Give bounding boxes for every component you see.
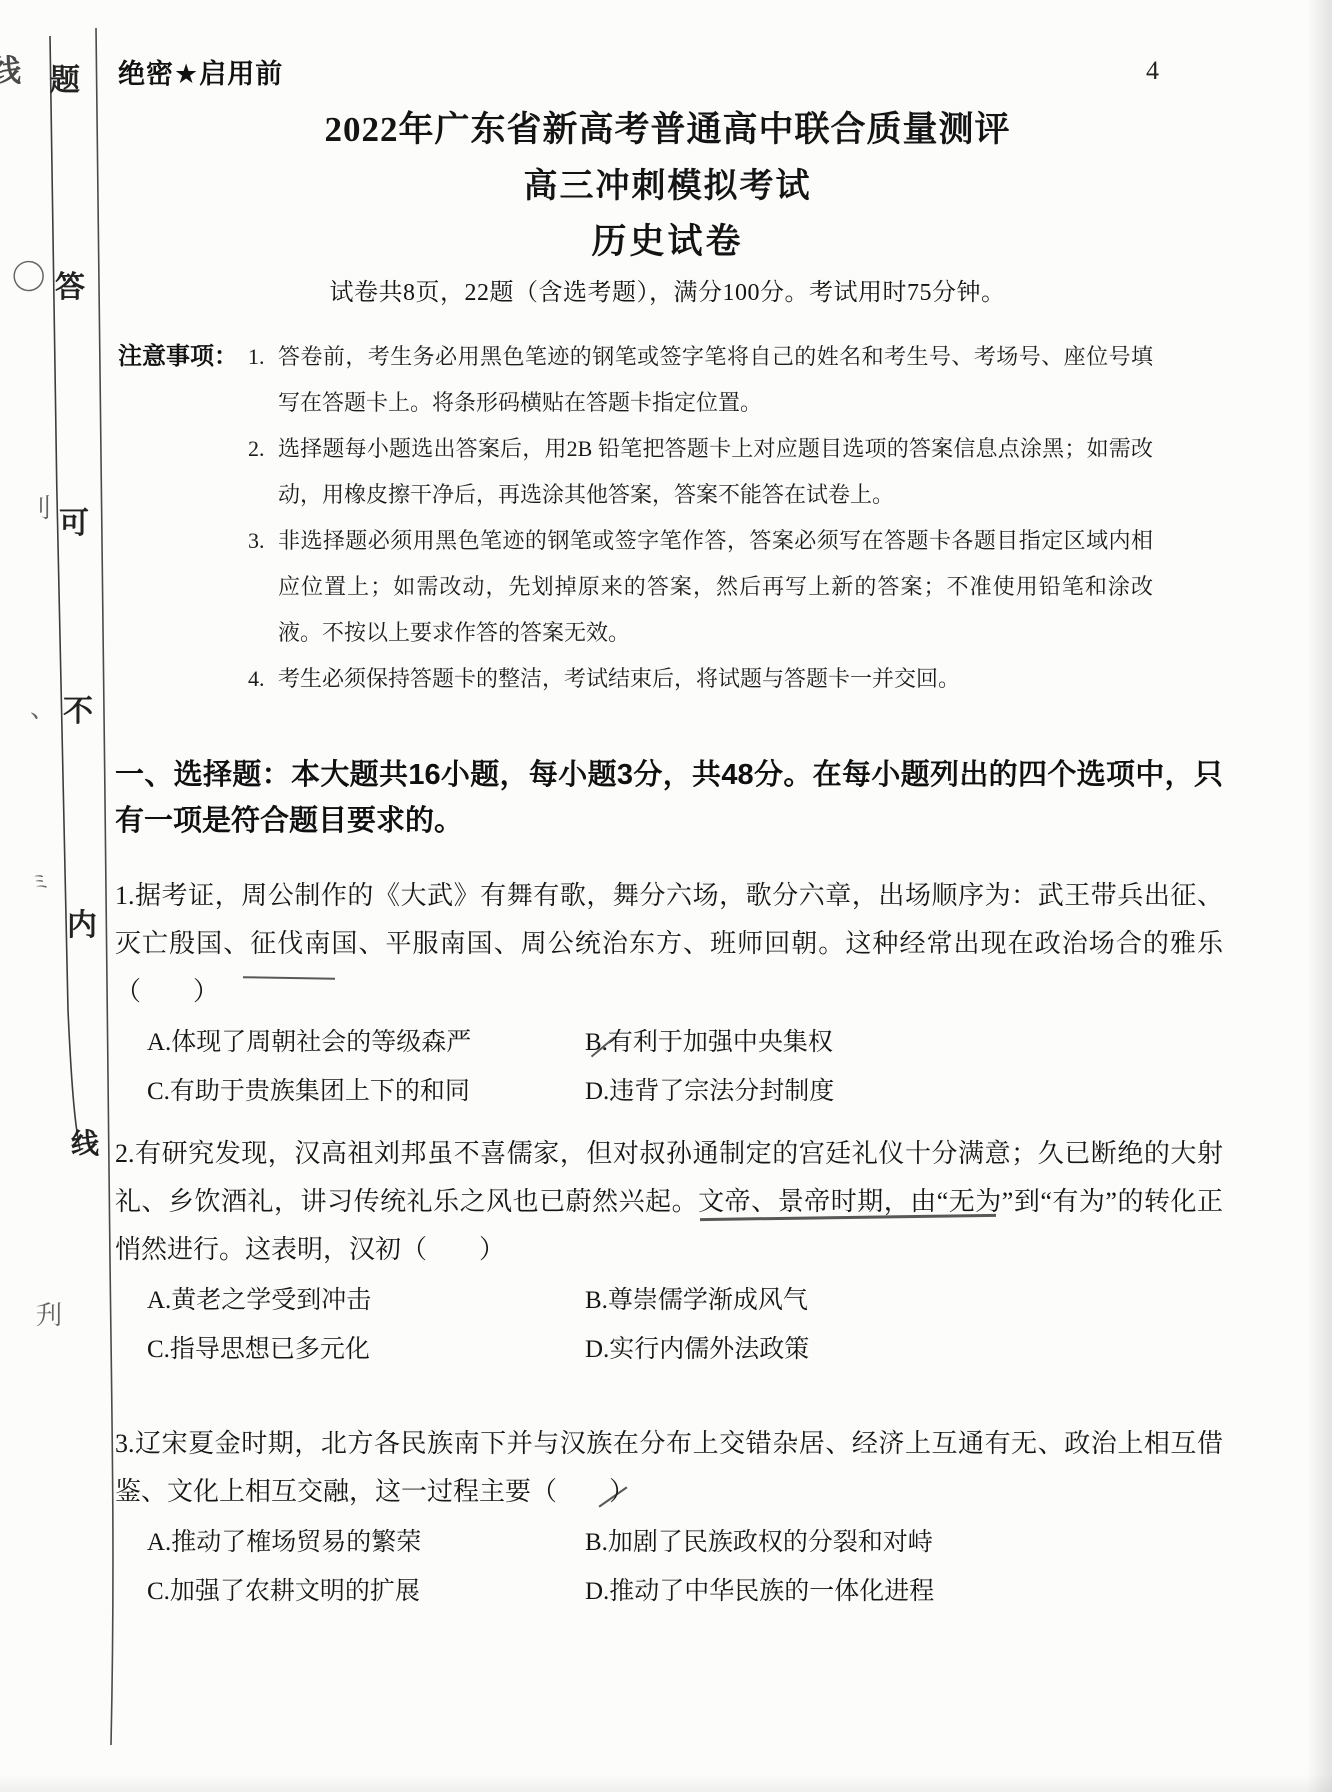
section-heading: 一、选择题：本大题共16小题，每小题3分，共48分。在每小题列出的四个选项中，只… [115,752,1223,844]
notice-item-text: 答卷前，考生务必用黑色笔迹的钢笔或签字笔将自己的姓名和考生号、考场号、座位号填写… [278,334,1153,426]
question-2-stem: 2.有研究发现，汉高祖刘邦虽不喜儒家，但对叔孙通制定的宫廷礼仪十分满意；久已断绝… [115,1130,1223,1274]
notice-items: 1. 答卷前，考生务必用黑色笔迹的钢笔或签字笔将自己的姓名和考生号、考场号、座位… [248,334,1153,702]
notice-item-4: 4. 考生必须保持答题卡的整洁，考试结束后，将试题与答题卡一并交回。 [248,656,1153,702]
notice-section: 注意事项： 1. 答卷前，考生务必用黑色笔迹的钢笔或签字笔将自己的姓名和考生号、… [118,334,1178,702]
margin-char-bu: 不 [63,686,93,730]
notice-item-number: 2. [248,426,278,518]
margin-char-nei: 内 [67,900,97,944]
margin-char-da: 答 [55,262,85,306]
margin-faint-mark: 、 [30,688,56,725]
margin-faint-mark: 刋 [36,1295,62,1332]
binding-outer-line [96,28,113,1745]
question-1-options: A.体现了周朝社会的等级森严 B.有利于加强中央集权 C.有助于贵族集团上下的和… [147,1018,1223,1116]
notice-item-2: 2. 选择题每小题选出答案后，用2B 铅笔把答题卡上对应题目选项的答案信息点涂黑… [248,426,1153,518]
question-1-option-a: A.体现了周朝社会的等级森严 [147,1018,585,1067]
notice-item-3: 3. 非选择题必须用黑色笔迹的钢笔或签字笔作答，答案必须写在答题卡各题目指定区域… [248,518,1153,656]
question-3-stem: 3.辽宋夏金时期，北方各民族南下并与汉族在分布上交错杂居、经济上互通有无、政治上… [115,1420,1223,1516]
security-label: 绝密★启用前 [118,52,283,91]
question-1-option-b: B.有利于加强中央集权 [585,1018,1223,1067]
scan-edge-shadow [0,1774,1332,1792]
question-3: 3.辽宋夏金时期，北方各民族南下并与汉族在分布上交错杂居、经济上互通有无、政治上… [115,1420,1223,1616]
exam-info-line: 试卷共8页，22题（含选考题），满分100分。考试用时75分钟。 [115,272,1220,307]
notice-item-1: 1. 答卷前，考生务必用黑色笔迹的钢笔或签字笔将自己的姓名和考生号、考场号、座位… [248,334,1153,426]
notice-item-number: 3. [248,518,278,656]
margin-char-ke: 可 [59,498,89,542]
notice-item-number: 1. [248,334,278,426]
margin-char-ti: 题 [50,55,80,99]
page-number: 4 [1146,56,1159,86]
question-2: 2.有研究发现，汉高祖刘邦虽不喜儒家，但对叔孙通制定的宫廷礼仪十分满意；久已断绝… [115,1130,1223,1374]
question-2-options: A.黄老之学受到冲击 B.尊崇儒学渐成风气 C.指导思想已多元化 D.实行内儒外… [147,1276,1223,1374]
question-1: 1.据考证，周公制作的《大武》有舞有歌，舞分六场，歌分六章，出场顺序为：武王带兵… [115,872,1223,1116]
question-3-options: A.推动了榷场贸易的繁荣 B.加剧了民族政权的分裂和对峙 C.加强了农耕文明的扩… [147,1518,1223,1616]
question-2-option-d: D.实行内儒外法政策 [585,1325,1223,1374]
question-3-option-b: B.加剧了民族政权的分裂和对峙 [585,1518,1223,1567]
question-1-option-c: C.有助于贵族集团上下的和同 [147,1067,585,1116]
question-2-option-c: C.指导思想已多元化 [147,1325,585,1374]
scan-edge-shadow [1306,0,1332,1792]
notice-label: 注意事项： [118,334,248,702]
scanned-exam-page: 题 答 可 不 内 线 线 〇 刂 、 ミ 刋 绝密★启用前 4 2022年广东… [0,0,1332,1792]
question-1-option-d: D.违背了宗法分封制度 [585,1067,1223,1116]
margin-faint-mark: 线 [0,46,21,90]
binding-inner-line [50,36,80,1150]
question-3-option-a: A.推动了榷场贸易的繁荣 [147,1518,585,1567]
exam-title-line1: 2022年广东省新高考普通高中联合质量测评 [115,102,1220,152]
margin-faint-mark: 刂 [26,488,52,525]
notice-item-number: 4. [248,656,278,702]
question-2-option-a: A.黄老之学受到冲击 [147,1276,585,1325]
exam-title-line2: 高三冲刺模拟考试 [115,158,1220,207]
question-1-stem: 1.据考证，周公制作的《大武》有舞有歌，舞分六场，歌分六章，出场顺序为：武王带兵… [115,872,1223,1016]
question-2-option-b: B.尊崇儒学渐成风气 [585,1276,1223,1325]
notice-item-text: 选择题每小题选出答案后，用2B 铅笔把答题卡上对应题目选项的答案信息点涂黑；如需… [278,426,1153,518]
margin-char-xian: 线 [71,1122,99,1162]
notice-item-text: 非选择题必须用黑色笔迹的钢笔或签字笔作答，答案必须写在答题卡各题目指定区域内相应… [278,518,1153,656]
notice-item-text: 考生必须保持答题卡的整洁，考试结束后，将试题与答题卡一并交回。 [278,656,1153,702]
exam-subject-title: 历史试卷 [115,214,1220,264]
question-3-option-d: D.推动了中华民族的一体化进程 [585,1567,1223,1616]
question-3-option-c: C.加强了农耕文明的扩展 [147,1567,585,1616]
